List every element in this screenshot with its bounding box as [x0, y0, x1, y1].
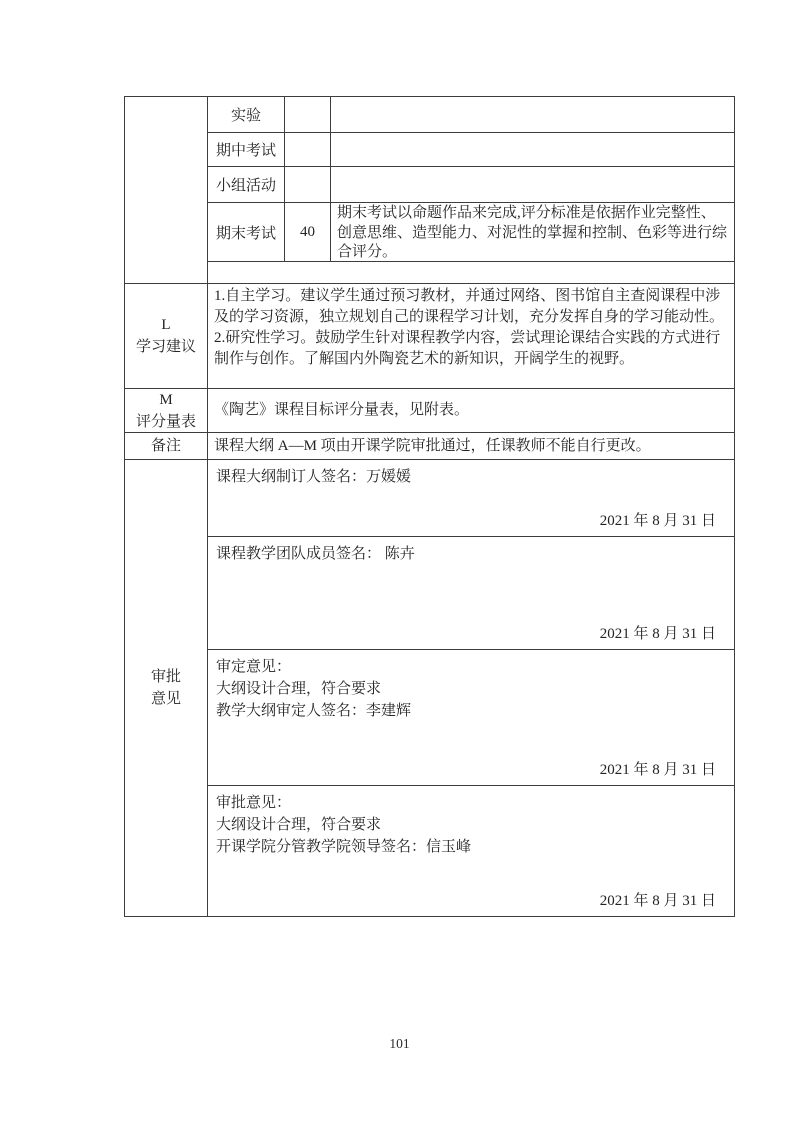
signature-line: 教学大纲审定人签名：李建辉 — [216, 700, 726, 722]
assessment-score-group-activity — [285, 167, 331, 202]
assessment-label-final-exam: 期末考试 — [208, 203, 285, 261]
assessment-rows: 实验 期中考试 小组活动 期末考试 40 期末考试以命题作品 — [208, 97, 734, 283]
rubric-content: 《陶艺》课程目标评分量表，见附表。 — [208, 389, 734, 432]
signature-date: 2021 年 8 月 31 日 — [600, 892, 716, 910]
assessment-desc-group-activity — [331, 167, 734, 202]
assessment-label-experiment: 实验 — [208, 97, 285, 132]
empty-spacer-row — [208, 262, 734, 283]
approval-header-line2: 意见 — [151, 688, 181, 710]
learning-advice-section: L 学习建议 1.自主学习。建议学生通过预习教材，并通过网络、图书馆自主查阅课程… — [125, 284, 734, 389]
assessment-score-final-exam: 40 — [285, 203, 331, 261]
assessment-category-cell — [125, 97, 208, 283]
approval-block-teaching-team: 课程教学团队成员签名： 陈卉 2021 年 8 月 31 日 — [208, 537, 734, 650]
signature-line: 课程大纲制订人签名：万媛媛 — [216, 466, 726, 488]
rubric-section: M 评分量表 《陶艺》课程目标评分量表，见附表。 — [125, 389, 734, 433]
signature-date: 2021 年 8 月 31 日 — [600, 761, 716, 779]
approval-header-line1: 审批 — [151, 666, 181, 688]
remarks-section: 备注 课程大纲 A—M 项由开课学院审批通过，任课教师不能自行更改。 — [125, 433, 734, 460]
learning-advice-content: 1.自主学习。建议学生通过预习教材，并通过网络、图书馆自主查阅课程中涉及的学习资… — [208, 284, 734, 388]
table-row: 期末考试 40 期末考试以命题作品来完成,评分标准是依据作业完整性、创意思维、造… — [208, 203, 734, 262]
row-label: 评分量表 — [136, 411, 196, 433]
approval-section: 审批 意见 课程大纲制订人签名：万媛媛 2021 年 8 月 31 日 课程教学… — [125, 460, 734, 916]
row-code: M — [159, 389, 172, 411]
rubric-header: M 评分量表 — [125, 389, 208, 432]
approval-blocks: 课程大纲制订人签名：万媛媛 2021 年 8 月 31 日 课程教学团队成员签名… — [208, 460, 734, 916]
assessment-desc-experiment — [331, 97, 734, 132]
approval-block-reviewer: 审定意见： 大纲设计合理，符合要求 教学大纲审定人签名：李建辉 2021 年 8… — [208, 650, 734, 786]
assessment-score-experiment — [285, 97, 331, 132]
row-code: L — [161, 314, 170, 336]
approval-opinion-text: 大纲设计合理，符合要求 — [216, 814, 726, 836]
remarks-content: 课程大纲 A—M 项由开课学院审批通过，任课教师不能自行更改。 — [208, 433, 734, 459]
remarks-header: 备注 — [125, 433, 208, 459]
signature-date: 2021 年 8 月 31 日 — [600, 625, 716, 643]
document-page: 实验 期中考试 小组活动 期末考试 40 期末考试以命题作品 — [0, 0, 799, 1131]
assessment-section: 实验 期中考试 小组活动 期末考试 40 期末考试以命题作品 — [125, 97, 734, 284]
row-label: 学习建议 — [136, 336, 196, 358]
review-opinion-title: 审定意见： — [216, 656, 726, 678]
assessment-score-midterm — [285, 133, 331, 166]
learning-advice-header: L 学习建议 — [125, 284, 208, 388]
signature-line: 课程教学团队成员签名： 陈卉 — [216, 543, 726, 565]
course-outline-table: 实验 期中考试 小组活动 期末考试 40 期末考试以命题作品 — [124, 96, 735, 917]
review-opinion-text: 大纲设计合理，符合要求 — [216, 678, 726, 700]
table-row: 小组活动 — [208, 167, 734, 203]
approval-header: 审批 意见 — [125, 460, 208, 916]
assessment-label-midterm: 期中考试 — [208, 133, 285, 166]
signature-line: 开课学院分管教学院领导签名：信玉峰 — [216, 836, 726, 858]
learning-advice-item-2: 2.研究性学习。鼓励学生针对课程教学内容，尝试理论课结合实践的方式进行制作与创作… — [214, 328, 728, 370]
assessment-desc-final-exam: 期末考试以命题作品来完成,评分标准是依据作业完整性、创意思维、造型能力、对泥性的… — [331, 203, 734, 261]
approval-block-outline-author: 课程大纲制订人签名：万媛媛 2021 年 8 月 31 日 — [208, 460, 734, 537]
table-row: 实验 — [208, 97, 734, 133]
assessment-label-group-activity: 小组活动 — [208, 167, 285, 202]
table-row: 期中考试 — [208, 133, 734, 167]
approval-block-dean: 审批意见： 大纲设计合理，符合要求 开课学院分管教学院领导签名：信玉峰 2021… — [208, 786, 734, 916]
assessment-desc-midterm — [331, 133, 734, 166]
approval-opinion-title: 审批意见： — [216, 792, 726, 814]
signature-date: 2021 年 8 月 31 日 — [600, 512, 716, 530]
learning-advice-item-1: 1.自主学习。建议学生通过预习教材，并通过网络、图书馆自主查阅课程中涉及的学习资… — [214, 286, 728, 328]
page-number: 101 — [0, 1036, 799, 1052]
